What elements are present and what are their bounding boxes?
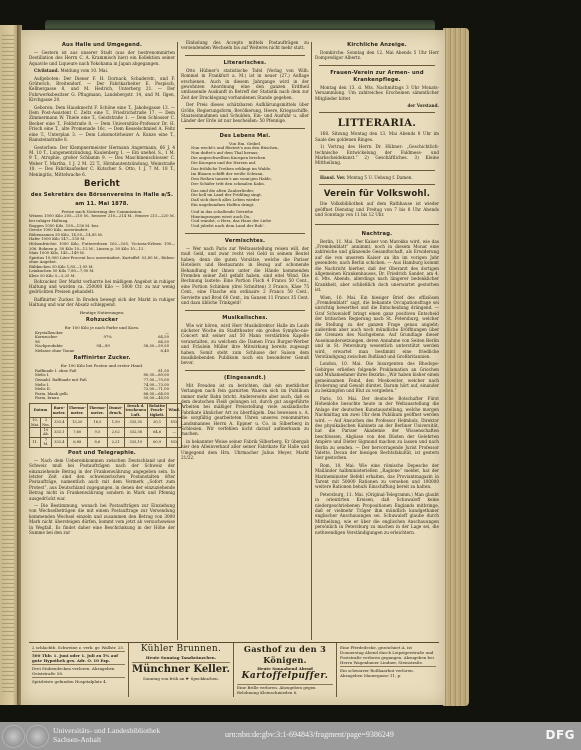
notice-text: 1) Vortrag des Herrn Dr. Hübner: „Geschi… <box>315 144 439 166</box>
divider <box>319 65 435 66</box>
weather-table: Datum Baro-meter. Thermo-meter. Thermo-m… <box>29 403 182 448</box>
notice-signature: der Vorstand. <box>315 103 439 108</box>
column-3: Kirchliche Anzeige. Domkirche: Sonntag d… <box>315 40 439 537</box>
dfg-logo-icon[interactable]: DFG <box>545 728 575 742</box>
weather-table-row: 10 Ab.333,17,609,52,02332,5864,6— <box>30 428 182 438</box>
section-heading-literary: Literarisches. <box>181 60 309 67</box>
divider <box>185 55 305 56</box>
page-block-edges <box>443 28 469 706</box>
poem-stanza: Nun weckt's und flüstert's aus den Büsch… <box>181 146 309 165</box>
column-2: Einholung des Accepts mittels Postaufträ… <box>181 40 309 462</box>
divider <box>185 233 305 234</box>
civil-register-heading: Civilstand. <box>34 68 59 73</box>
newspaper-page: Aus Halle und Umgegend. — Gestern ist au… <box>21 30 445 705</box>
weather-table-row: 10. Mai.2 Nm.333,413,2016,51,90333,5530,… <box>30 418 182 428</box>
notice-text: Montag den 13. d. Mts. Nachmittags 3 Uhr… <box>315 85 439 101</box>
ad-title: Gasthof zu den 3 Königen. <box>237 644 333 666</box>
refined-sugar-report: Raffinirter Zucker. In Broden bewegt sic… <box>29 297 175 308</box>
civil-register-date: Meldung vom 10. Mai. <box>60 68 108 73</box>
ad-title: Kühler Brunnen. <box>132 644 230 655</box>
classified-ads-band: 2 schlachtb. Schweine z. verk. gr. Walls… <box>29 642 439 697</box>
library-name[interactable]: Universitäts- und Landesbibliothek Sachs… <box>53 727 160 744</box>
news-london: London, 10. Mai. Die Insurgenten des Rho… <box>315 361 439 393</box>
section-heading-litteraria: LITTERARIA. <box>315 117 439 130</box>
divider <box>319 184 435 185</box>
article-text: Otto Hübner's statistische Tafel (Verlag… <box>181 68 309 100</box>
article-text: — Nach dem Uebereinkommen zwischen Deuts… <box>29 458 175 501</box>
section-heading-womens-club: Frauen-Verein zur Armen- und Krankenpfle… <box>315 70 439 84</box>
ad-subtitle: Heute Sonntag Tanzkränzchen. <box>132 655 230 660</box>
article-text: Einholung des Accepts mittels Postaufträ… <box>181 40 309 51</box>
quotations-heading: Heutige Notierungen: <box>29 310 175 315</box>
notice-text: Domkirche: Sonntag den 12. Mai Abends 5 … <box>315 50 439 61</box>
ad-text: 500 Thlr. 1. Juni oder 1. Juli zu 5% auf… <box>32 652 125 665</box>
poem-stanza: Und in das schallende GetriebeHineingezo… <box>181 210 309 229</box>
notice-text: 168. Sitzung Montag den 13. Mai Abends 8… <box>315 131 439 142</box>
divider <box>315 224 439 225</box>
weather-table-row: 11.7 M.333,46,888,62,21333,1960,9NO. <box>30 437 182 447</box>
report-subtitle: des Sekretärs des Börsenvereins in Halle… <box>29 192 175 199</box>
civil-aufgeboten: Aufgeboten: Der Diener F. H. Dornack, Sc… <box>29 76 175 103</box>
raw-sugar-heading: Rohzucker <box>29 317 175 324</box>
university-seal-icon <box>2 725 25 748</box>
ad-text: Ein schwarzer Roßhaarhut verloren. Abzug… <box>340 667 436 679</box>
poem-stanza: Das sind die alten Zauberlieder,Die hell… <box>181 189 309 208</box>
divider <box>319 170 435 171</box>
article-text: — Gestern ist aus unserer Stadt (aus der… <box>29 50 175 66</box>
refined-sugar-heading: Raffinirter Zucker. <box>29 355 175 362</box>
notice-hausl: Hausl. Ver. Montag 5 U. Uebung f. Damen. <box>315 175 439 180</box>
civil-register-header: Civilstand. Meldung vom 10. Mai. <box>29 68 175 73</box>
report-date: am 11. Mai 1878. <box>29 201 175 208</box>
civil-geboren: Geboren: Dem Hausknecht F. Schöne eine T… <box>29 105 175 143</box>
divider <box>185 310 305 311</box>
news-paris: Paris, 10. Mai. Der deutsche Botschafter… <box>315 396 439 461</box>
ad-subtitle: Sonntag von früh an ☛ Speckkuchen. <box>132 676 230 681</box>
civil-gestorben: Gestorben: Der Klempnermeister Hermann A… <box>29 145 175 177</box>
poem-title: Des Lebens Mai. <box>181 133 309 140</box>
left-page-text-fragment <box>2 35 14 695</box>
refined-sugar-list: Raffinade I. ohne Faß81,50 Melis I.80,50… <box>29 369 175 401</box>
raw-sugar-list: Krystallzucker— Kornzucker97%64,50 9664,… <box>29 331 175 354</box>
section-heading-miscellaneous: Vermischtes. <box>181 238 309 245</box>
library-seal-icon <box>26 725 49 748</box>
section-heading-submitted: (Eingesandt.) <box>181 375 309 382</box>
section-heading-music: Musikalisches. <box>181 315 309 322</box>
poem-stanza: Das fröhliche Treiben erklingt im Walde,… <box>181 167 309 186</box>
grain-price-list: Weizen 1000 Kilo 205—210 M., bessere 210… <box>29 214 175 278</box>
article-text: — Die Bestimmung, wonach bei Postaufträg… <box>29 503 175 535</box>
library-name-line2: Sachsen-Anhalt <box>53 736 160 745</box>
weather-table-header: Datum Baro-meter. Thermo-meter. Thermo-m… <box>30 404 182 418</box>
ad-text: Eine Brille verloren. Abzugeben gegen Be… <box>237 684 333 695</box>
news-berlin: Berlin, 11. Mai. Der Kaiser von Marokko … <box>315 239 439 293</box>
divider <box>185 128 305 129</box>
library-footer-bar: Universitäts- und Landesbibliothek Sachs… <box>0 722 581 750</box>
article-text: — Wer nach Paris zur Weltausstellung rei… <box>181 246 309 305</box>
divider <box>185 370 305 371</box>
column-rule <box>177 42 178 640</box>
ad-gasthof: Gasthof zu den 3 Königen. Heute Sonnaben… <box>234 643 337 697</box>
ad-column-lost-found: Eine Pferdedecke, gezeichnet A. ist Donn… <box>337 643 439 697</box>
section-heading-post: Post und Telegraphie. <box>29 450 175 457</box>
urn-identifier[interactable]: urn:nbn:de:gbv:3:1-694843/fragment/page=… <box>225 730 394 739</box>
article-text: Der Preis dieses schätzbaren Aufklärungs… <box>181 102 309 124</box>
raw-sugar-report: Rohzucker. Der Markt verharrte bei mäßig… <box>29 279 175 295</box>
news-rom: Rom, 10. Mai. Wie eine römische Depesche… <box>315 463 439 490</box>
refined-sugar-row: Farin, braun50,00—48,00 <box>29 396 175 401</box>
section-heading-volkswohl: Verein für Volkswohl. <box>315 189 439 200</box>
ad-text: Eine Pferdedecke, gezeichnet A. ist Donn… <box>340 644 436 667</box>
column-1: Aus Halle und Umgegend. — Gestern ist au… <box>29 40 175 537</box>
notice-text: Die Volksbibliothek auf dem Rathhause is… <box>315 201 439 217</box>
article-text: in bekannter Weise seiner Fabrik Silberb… <box>181 439 309 461</box>
left-page-sliver <box>0 25 18 705</box>
ad-title-muenchner-keller: Münchner Keller. <box>132 662 230 676</box>
ad-text: Spitzleiste gefunden Hospitalplatz 4. <box>32 678 125 685</box>
ad-text: Drei Stubendecken verloren. Abzugeben Ge… <box>32 665 125 678</box>
ad-column-small: 2 schlachtb. Schweine z. verk. gr. Walls… <box>29 643 129 697</box>
ad-text: 2 schlachtb. Schweine z. verk. gr. Walls… <box>32 644 125 652</box>
divider <box>319 112 435 113</box>
report-title: Bericht <box>29 179 175 190</box>
section-heading-local-news: Aus Halle und Umgegend. <box>29 42 175 49</box>
raw-sugar-row: Melasse ohne Tonne8,40 <box>29 349 175 354</box>
section-heading-addendum: Nachtrag. <box>315 231 439 238</box>
section-heading-church: Kirchliche Anzeige. <box>315 42 439 49</box>
news-wien: Wien, 10. Mai. Ein hiesiger Brief des of… <box>315 295 439 360</box>
ad-kuehler-brunnen: Kühler Brunnen. Heute Sonntag Tanzkränzc… <box>129 643 234 697</box>
article-text: Wie wir hören, wird Herr Musikdirektor H… <box>181 323 309 366</box>
ad-dish: Kartoffelpuffer. <box>237 671 333 682</box>
scanned-page-viewport: Aus Halle und Umgegend. — Gestern ist au… <box>0 0 581 722</box>
article-text: Mit Freuden ist zu berichten, daß ein me… <box>181 383 309 437</box>
column-rule <box>311 42 312 640</box>
news-petersburg: Petersburg, 11. Mai. (Original-Telegramm… <box>315 492 439 535</box>
